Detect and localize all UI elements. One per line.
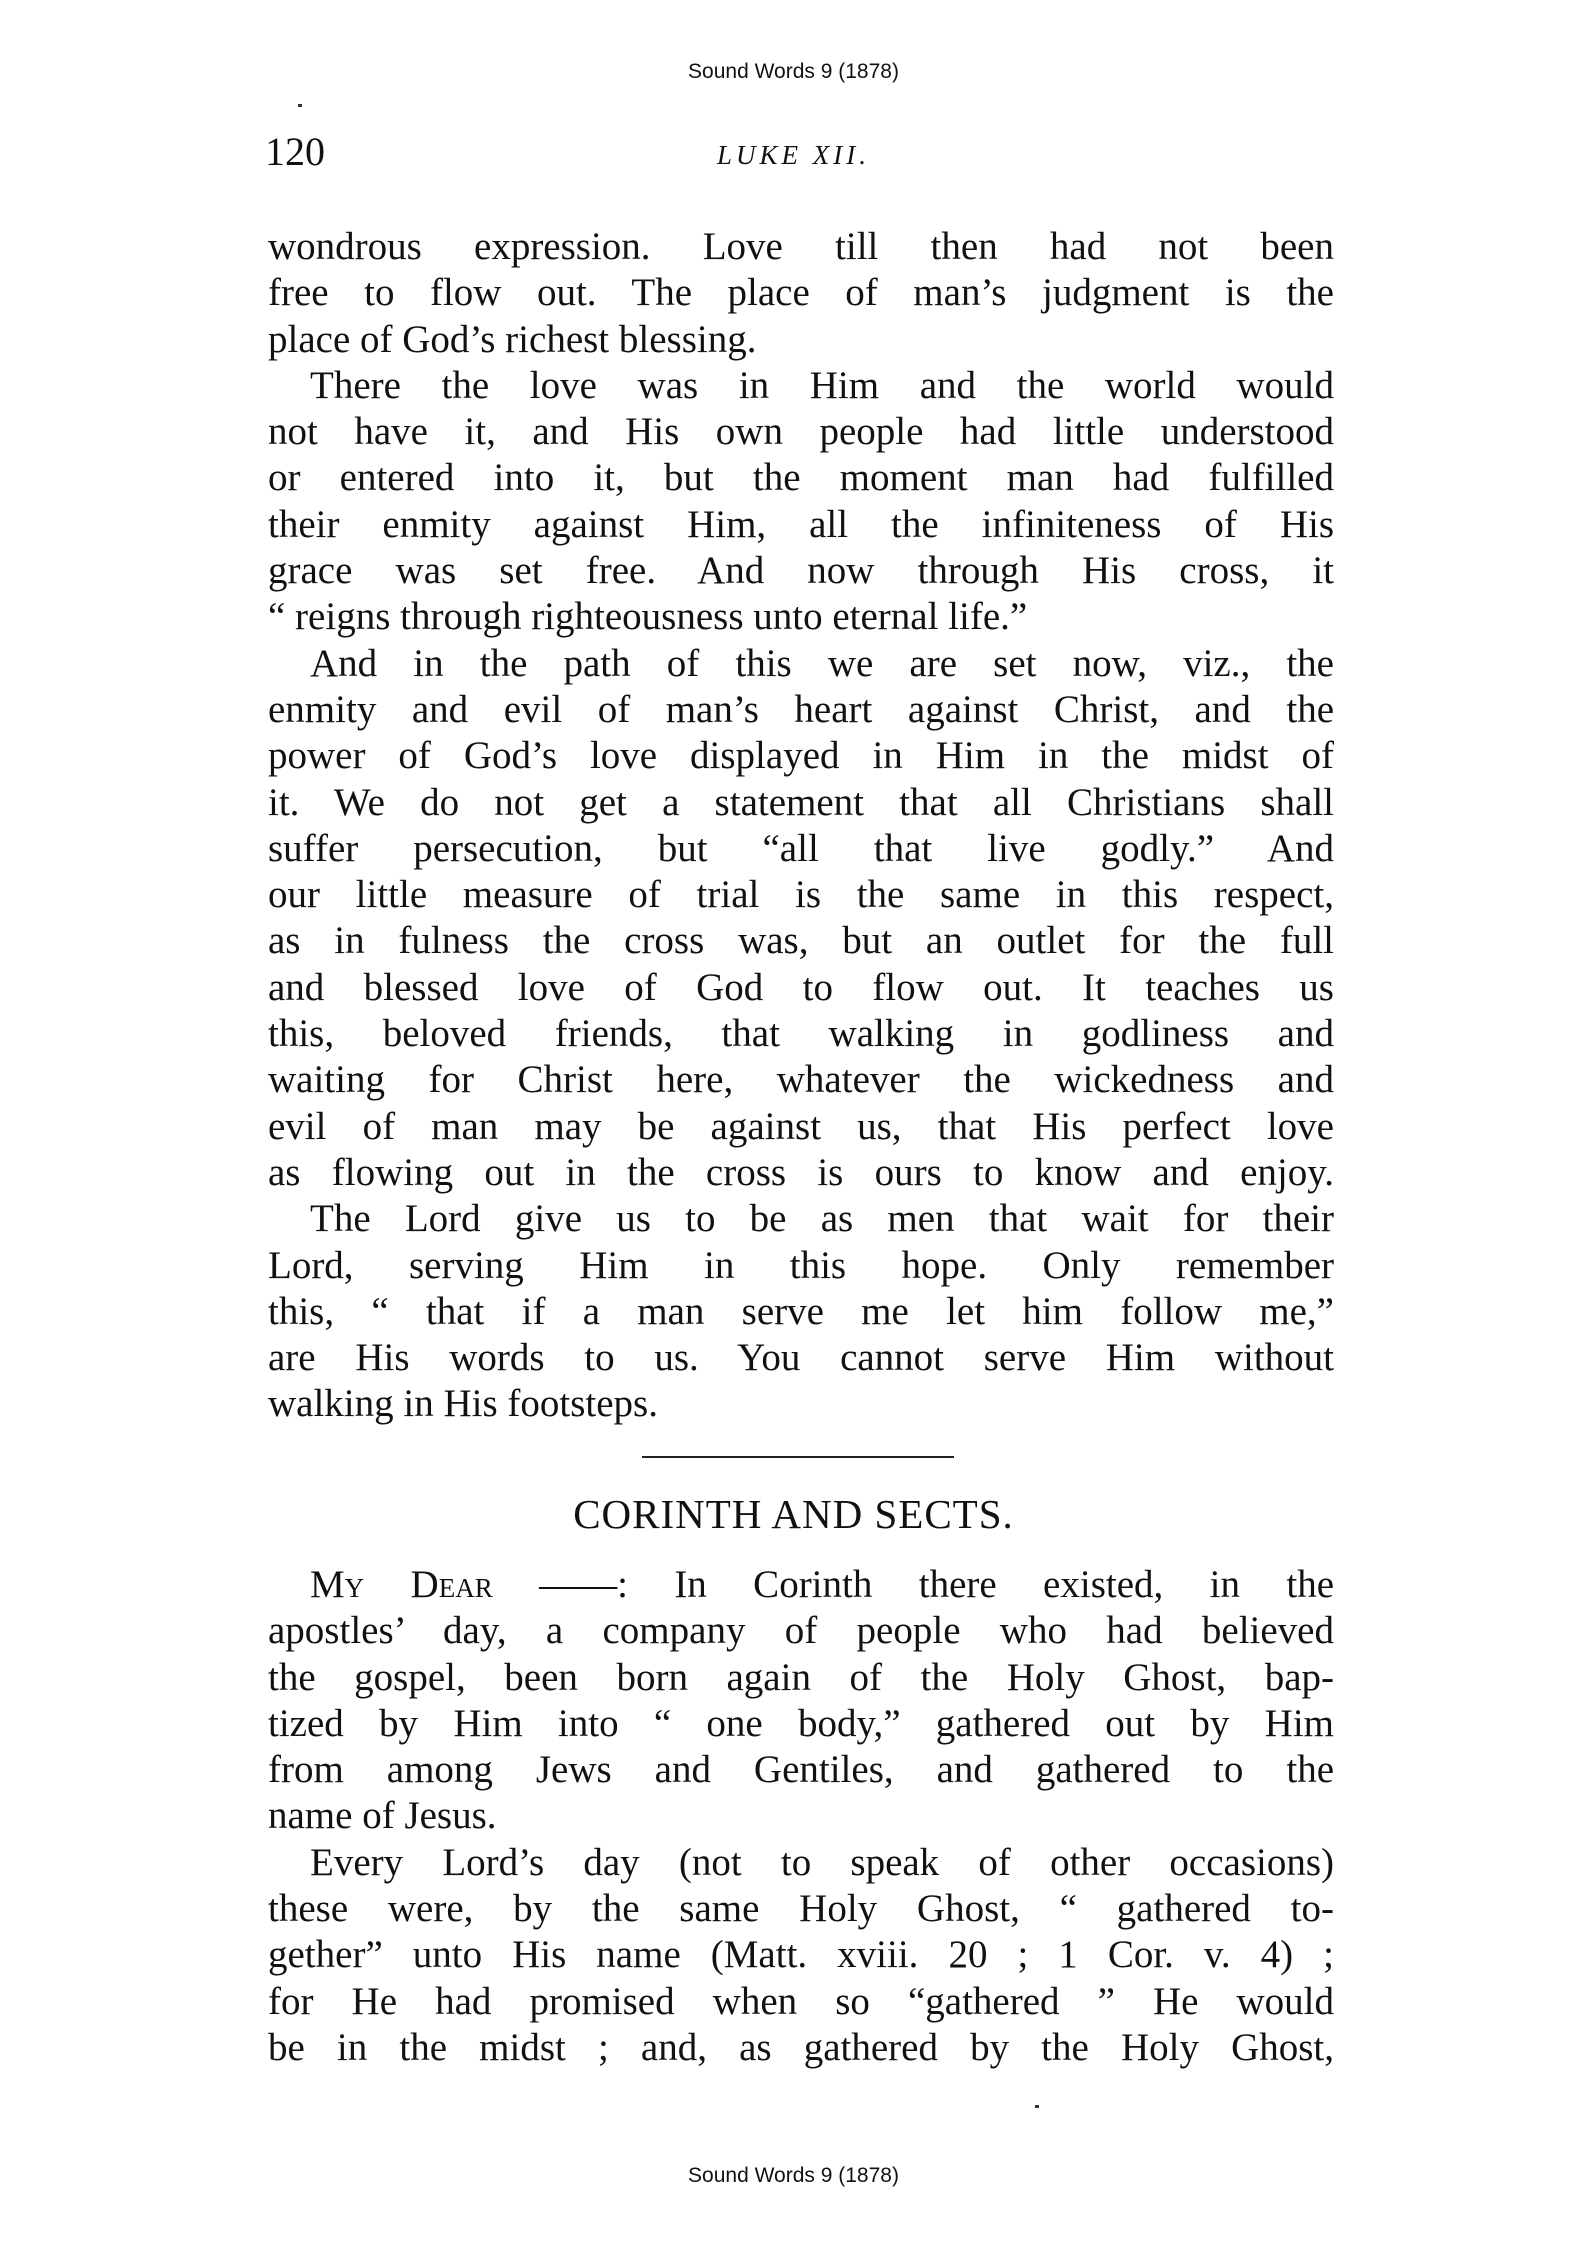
paragraph: Every Lord’s day (not to speak of other … bbox=[268, 1840, 1334, 2071]
text-line: or entered into it, but the moment man h… bbox=[268, 455, 1334, 501]
text-line: not have it, and His own people had litt… bbox=[268, 409, 1334, 455]
scan-speck bbox=[1035, 2105, 1039, 2108]
text-line: wondrous expression. Love till then had … bbox=[268, 224, 1334, 270]
running-header: Sound Words 9 (1878) bbox=[0, 60, 1587, 84]
text-line: our little measure of trial is the same … bbox=[268, 872, 1334, 918]
text-line: free to flow out. The place of man’s jud… bbox=[268, 270, 1334, 316]
text-line: walking in His footsteps. bbox=[268, 1381, 1334, 1427]
text-line: for He had promised when so “gathered ” … bbox=[268, 1979, 1334, 2025]
text-line: as in fulness the cross was, but an outl… bbox=[268, 918, 1334, 964]
text-line: Every Lord’s day (not to speak of other … bbox=[268, 1840, 1334, 1886]
article-body: My Dear ——: In Corinth there existed, in… bbox=[268, 1562, 1334, 2071]
text-line: “ reigns through righteousness unto eter… bbox=[268, 594, 1334, 640]
text-line: power of God’s love displayed in Him in … bbox=[268, 733, 1334, 779]
text-line: the gospel, been born again of the Holy … bbox=[268, 1655, 1334, 1701]
text-line: as flowing out in the cross is ours to k… bbox=[268, 1150, 1334, 1196]
text-line: place of God’s richest blessing. bbox=[268, 317, 1334, 363]
text-line: this, beloved friends, that walking in g… bbox=[268, 1011, 1334, 1057]
salutation-dash: —— bbox=[493, 1563, 617, 1606]
article-title: CORINTH AND SECTS. bbox=[0, 1490, 1587, 1538]
text-line: waiting for Christ here, whatever the wi… bbox=[268, 1057, 1334, 1103]
text-line: There the love was in Him and the world … bbox=[268, 363, 1334, 409]
text-line: enmity and evil of man’s heart against C… bbox=[268, 687, 1334, 733]
paragraph: My Dear ——: In Corinth there existed, in… bbox=[268, 1562, 1334, 1840]
text-line: Lord, serving Him in this hope. Only rem… bbox=[268, 1243, 1334, 1289]
text-line: this, “ that if a man serve me let him f… bbox=[268, 1289, 1334, 1335]
paragraph: The Lord give us to be as men that wait … bbox=[268, 1196, 1334, 1427]
text-line: these were, by the same Holy Ghost, “ ga… bbox=[268, 1886, 1334, 1932]
article-body-continued: wondrous expression. Love till then had … bbox=[268, 224, 1334, 1428]
section-divider bbox=[642, 1456, 954, 1458]
chapter-heading: LUKE XII. bbox=[0, 140, 1587, 171]
paragraph: There the love was in Him and the world … bbox=[268, 363, 1334, 641]
text-line: be in the midst ; and, as gathered by th… bbox=[268, 2025, 1334, 2071]
text-line: And in the path of this we are set now, … bbox=[268, 641, 1334, 687]
text-line: tized by Him into “ one body,” gathered … bbox=[268, 1701, 1334, 1747]
text-fragment: : In Corinth there existed, in the bbox=[617, 1563, 1334, 1606]
text-line: their enmity against Him, all the infini… bbox=[268, 502, 1334, 548]
text-line: evil of man may be against us, that His … bbox=[268, 1104, 1334, 1150]
text-line: are His words to us. You cannot serve Hi… bbox=[268, 1335, 1334, 1381]
text-line: name of Jesus. bbox=[268, 1793, 1334, 1839]
salutation-line: My Dear ——: In Corinth there existed, in… bbox=[268, 1562, 1334, 1608]
paragraph: wondrous expression. Love till then had … bbox=[268, 224, 1334, 363]
salutation: My Dear bbox=[310, 1563, 493, 1606]
text-line: apostles’ day, a company of people who h… bbox=[268, 1608, 1334, 1654]
text-line: gether” unto His name (Matt. xviii. 20 ;… bbox=[268, 1932, 1334, 1978]
text-line: from among Jews and Gentiles, and gather… bbox=[268, 1747, 1334, 1793]
text-line: and blessed love of God to flow out. It … bbox=[268, 965, 1334, 1011]
running-footer: Sound Words 9 (1878) bbox=[0, 2164, 1587, 2188]
paragraph: And in the path of this we are set now, … bbox=[268, 641, 1334, 1197]
text-line: suffer persecution, but “all that live g… bbox=[268, 826, 1334, 872]
text-line: grace was set free. And now through His … bbox=[268, 548, 1334, 594]
scan-speck bbox=[298, 104, 302, 107]
text-line: The Lord give us to be as men that wait … bbox=[268, 1196, 1334, 1242]
text-line: it. We do not get a statement that all C… bbox=[268, 780, 1334, 826]
